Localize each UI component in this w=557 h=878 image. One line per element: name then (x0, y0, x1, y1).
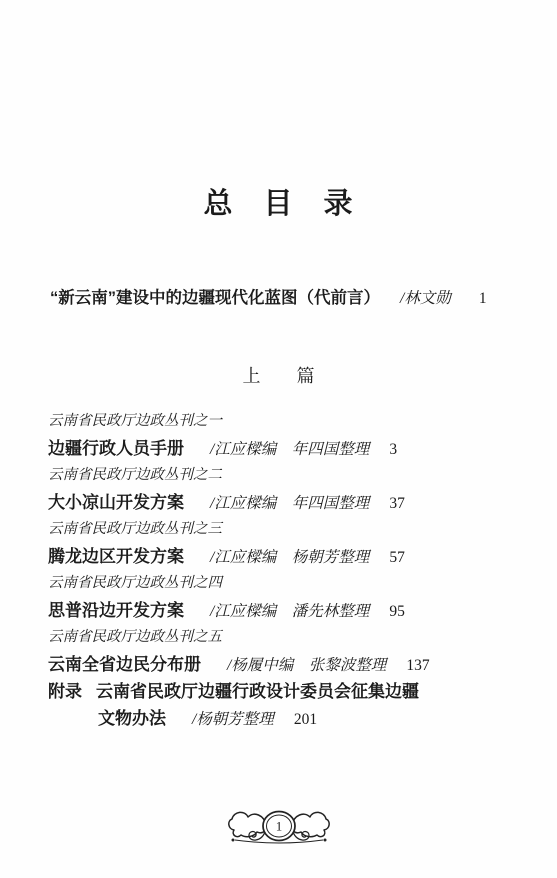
entry-author: /江应樑编 年四国整理 (210, 441, 369, 458)
series-label: 云南省民政厅边政丛刊之一 (48, 408, 529, 435)
toc-entry: 腾龙边区开发方案/江应樑编 杨朝芳整理57 (48, 543, 529, 570)
entry-title: 云南全省边民分布册 (48, 655, 201, 674)
toc-entry: 思普沿边开发方案/江应樑编 潘先林整理95 (48, 597, 529, 624)
appendix-entry-line2: 文物办法/杨朝芳整理201 (48, 705, 529, 732)
appendix-page-number: 201 (294, 711, 317, 728)
appendix-entry-line1: 附录云南省民政厅边疆行政设计委员会征集边疆 (48, 678, 529, 705)
tailpiece-ornament-icon: 1 (226, 805, 332, 853)
toc-entry: 云南全省边民分布册/杨履中编 张黎波整理137 (48, 651, 529, 678)
appendix-label: 附录 (48, 682, 82, 701)
foreword-author: /林文勋 (400, 290, 451, 307)
footer-ornament: 1 (0, 805, 557, 853)
entry-title: 思普沿边开发方案 (48, 601, 184, 620)
entry-page-number: 57 (389, 549, 405, 566)
entry-title: 腾龙边区开发方案 (48, 547, 184, 566)
toc-entry: 大小凉山开发方案/江应樑编 年四国整理37 (48, 489, 529, 516)
entry-title: 大小凉山开发方案 (48, 493, 184, 512)
section-heading: 上 篇 (0, 362, 557, 388)
series-label: 云南省民政厅边政丛刊之二 (48, 462, 529, 489)
entry-page-number: 137 (406, 657, 429, 674)
entry-title: 边疆行政人员手册 (48, 439, 184, 458)
entry-author: /江应樑编 年四国整理 (210, 495, 369, 512)
series-label: 云南省民政厅边政丛刊之四 (48, 570, 529, 597)
entry-page-number: 37 (389, 495, 405, 512)
footer-page-number: 1 (275, 819, 282, 834)
appendix-text: 云南省民政厅边疆行政设计委员会征集边疆 (96, 682, 419, 701)
entry-author: /杨履中编 张黎波整理 (227, 657, 386, 674)
series-label: 云南省民政厅边政丛刊之五 (48, 624, 529, 651)
toc-page: 总 目 录 “新云南”建设中的边疆现代化蓝图（代前言）/林文勋1 上 篇 云南省… (0, 0, 557, 878)
appendix-author: /杨朝芳整理 (192, 711, 274, 728)
foreword-entry: “新云南”建设中的边疆现代化蓝图（代前言）/林文勋1 (50, 284, 537, 308)
entry-page-number: 95 (389, 603, 405, 620)
entry-page-number: 3 (389, 441, 397, 458)
entry-author: /江应樑编 潘先林整理 (210, 603, 369, 620)
toc-list: 云南省民政厅边政丛刊之一 边疆行政人员手册/江应樑编 年四国整理3 云南省民政厅… (48, 408, 529, 732)
foreword-title: “新云南”建设中的边疆现代化蓝图（代前言） (50, 289, 380, 307)
page-title: 总 目 录 (0, 181, 557, 222)
appendix-continuation-title: 文物办法 (98, 709, 166, 728)
entry-author: /江应樑编 杨朝芳整理 (210, 549, 369, 566)
foreword-page-number: 1 (479, 290, 487, 307)
series-label: 云南省民政厅边政丛刊之三 (48, 516, 529, 543)
toc-entry: 边疆行政人员手册/江应樑编 年四国整理3 (48, 435, 529, 462)
